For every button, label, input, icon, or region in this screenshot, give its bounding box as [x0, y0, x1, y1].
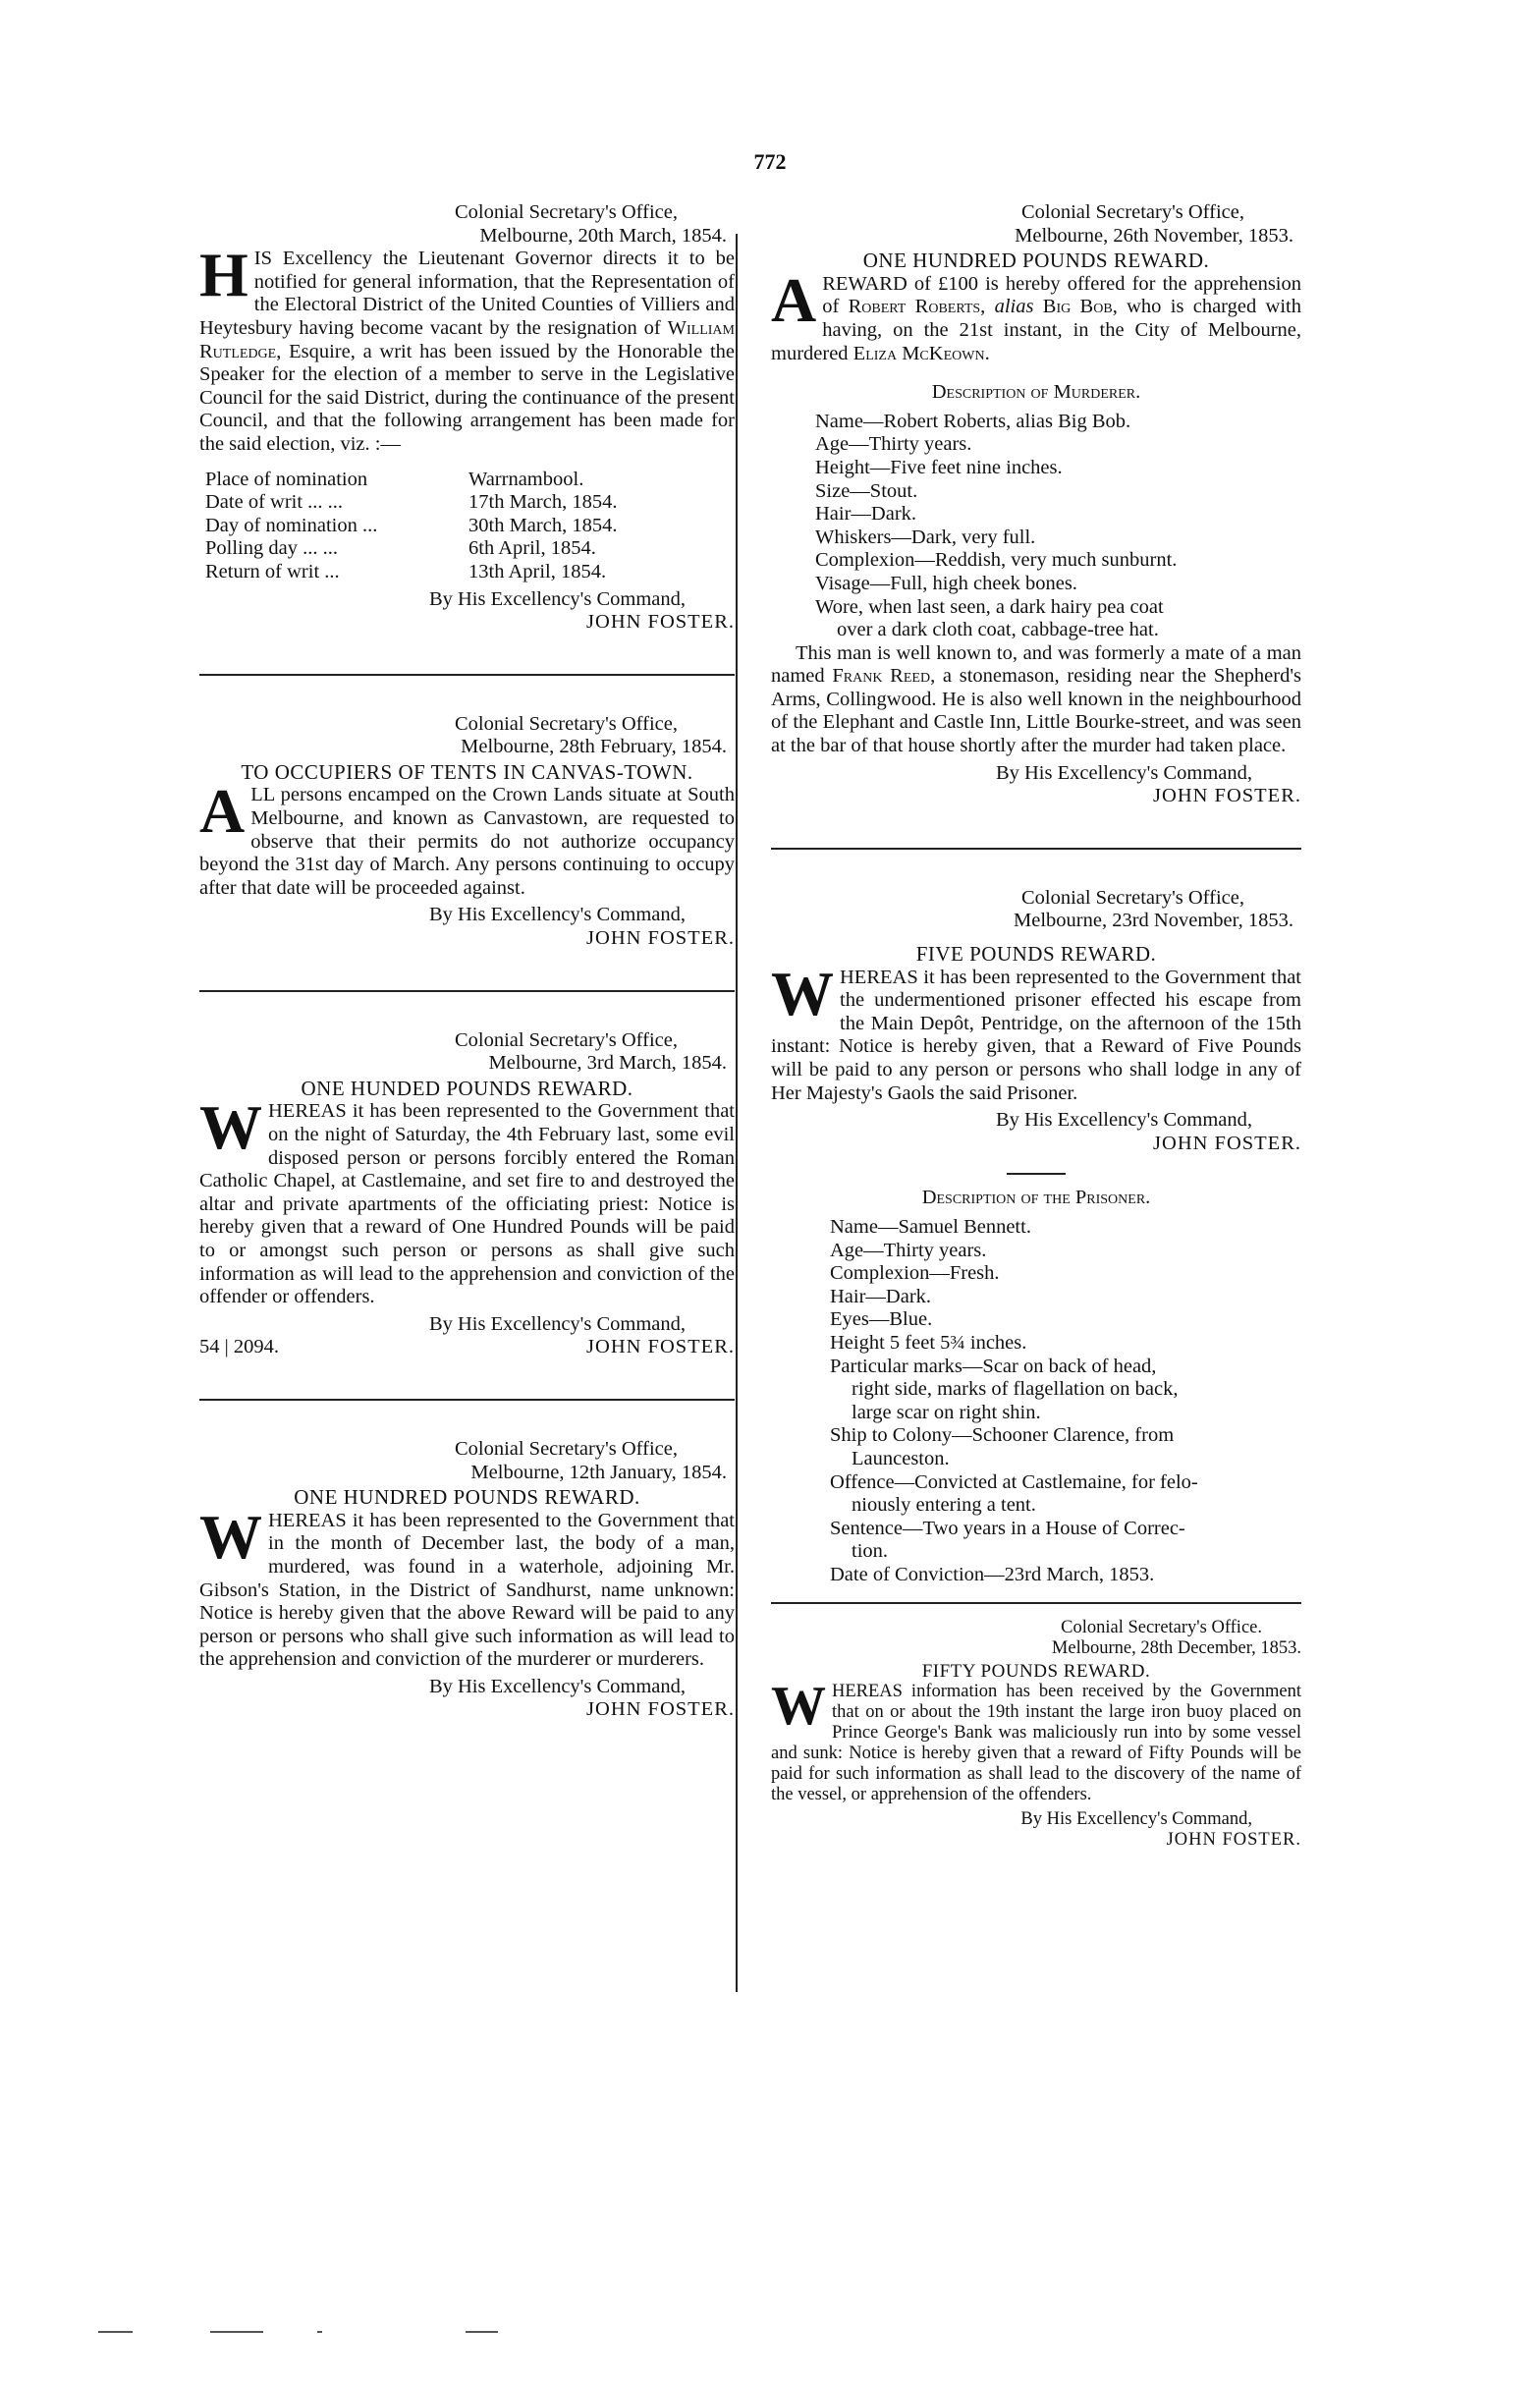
- schedule-row: Place of nominationWarrnambool.: [199, 469, 617, 492]
- description-item: Size—Stout.: [815, 480, 1301, 504]
- description-item: over a dark cloth coat, cabbage-tree hat…: [815, 619, 1301, 642]
- office-line: Colonial Secretary's Office,: [771, 887, 1301, 911]
- description-item: tion.: [830, 1540, 1301, 1564]
- alias-name: Big Bob: [1043, 296, 1113, 317]
- notice-date: Melbourne, 20th March, 1854.: [199, 225, 735, 249]
- section-rule: [199, 990, 735, 992]
- description-item: Age—Thirty years.: [830, 1240, 1301, 1263]
- notice-heading: ONE HUNDRED POUNDS REWARD.: [199, 1486, 735, 1510]
- description-item: right side, marks of flagellation on bac…: [830, 1378, 1301, 1402]
- schedule-row: Polling day ... ...6th April, 1854.: [199, 537, 617, 561]
- description-item: Height—Five feet nine inches.: [815, 457, 1301, 480]
- notice-date: Melbourne, 23rd November, 1853.: [771, 910, 1301, 933]
- office-line: Colonial Secretary's Office,: [199, 1029, 735, 1053]
- person-name: Robert Roberts: [849, 296, 981, 317]
- notice-body: WHEREAS it has been represented to the G…: [199, 1100, 735, 1308]
- description-title: Description of Murderer.: [771, 381, 1301, 405]
- dropcap: W: [199, 1103, 262, 1152]
- description-item: Whiskers—Dark, very full.: [815, 526, 1301, 550]
- office-line: Colonial Secretary's Office,: [199, 201, 735, 225]
- scan-mark: [317, 2331, 322, 2333]
- description-item: Visage—Full, high cheek bones.: [815, 573, 1301, 596]
- notice-body: HIS Excellency the Lieutenant Governor d…: [199, 248, 735, 456]
- description-title: Description of the Prisoner.: [771, 1187, 1301, 1210]
- dropcap: W: [771, 969, 834, 1019]
- notice-date: Melbourne, 28th December, 1853.: [771, 1638, 1301, 1659]
- notice-buoy-reward: Colonial Secretary's Office. Melbourne, …: [771, 1618, 1301, 1851]
- notice-sandhurst-reward: Colonial Secretary's Office, Melbourne, …: [199, 1438, 735, 1722]
- description-item: Name—Samuel Bennett.: [830, 1216, 1301, 1240]
- office-line: Colonial Secretary's Office,: [771, 201, 1301, 225]
- dropcap: W: [771, 1685, 826, 1728]
- section-rule: [199, 674, 735, 676]
- scan-edge-marks: [0, 2331, 1540, 2335]
- election-schedule: Place of nominationWarrnambool. Date of …: [199, 469, 617, 584]
- signature: JOHN FOSTER.: [199, 1698, 735, 1722]
- description-item: Ship to Colony—Schooner Clarence, from: [830, 1424, 1301, 1448]
- description-item: Sentence—Two years in a House of Correc-: [830, 1518, 1301, 1541]
- reference-row: 54 | 2094. JOHN FOSTER.: [199, 1336, 735, 1359]
- command-line: By His Excellency's Command,: [199, 904, 735, 927]
- scan-mark: [210, 2331, 263, 2333]
- dropcap: H: [199, 250, 248, 300]
- left-column: Colonial Secretary's Office, Melbourne, …: [199, 201, 735, 1722]
- dropcap: W: [199, 1513, 262, 1562]
- description-item: Particular marks—Scar on back of head,: [830, 1356, 1301, 1379]
- signature: JOHN FOSTER.: [771, 1830, 1301, 1851]
- description-item: Complexion—Fresh.: [830, 1262, 1301, 1286]
- notice-body-continued: This man is well known to, and was forme…: [771, 642, 1301, 758]
- section-rule: [771, 848, 1301, 850]
- signature: JOHN FOSTER.: [199, 611, 735, 635]
- schedule-row: Day of nomination ...30th March, 1854.: [199, 515, 617, 538]
- signature: JOHN FOSTER.: [771, 785, 1301, 808]
- command-line: By His Excellency's Command,: [771, 1809, 1301, 1830]
- notice-date: Melbourne, 28th February, 1854.: [199, 736, 735, 759]
- notice-castlemaine-reward: Colonial Secretary's Office, Melbourne, …: [199, 1029, 735, 1359]
- notice-heading: FIFTY POUNDS REWARD.: [771, 1661, 1301, 1682]
- description-list: Name—Samuel Bennett. Age—Thirty years. C…: [771, 1216, 1301, 1587]
- command-line: By His Excellency's Command,: [771, 762, 1301, 786]
- description-item: niously entering a tent.: [830, 1494, 1301, 1518]
- notice-date: Melbourne, 26th November, 1853.: [771, 225, 1301, 249]
- description-item: Eyes—Blue.: [830, 1308, 1301, 1332]
- description-item: Date of Conviction—23rd March, 1853.: [830, 1564, 1301, 1587]
- office-line: Colonial Secretary's Office,: [199, 713, 735, 737]
- description-item: Launceston.: [830, 1448, 1301, 1471]
- notice-date: Melbourne, 12th January, 1854.: [199, 1462, 735, 1485]
- signature: JOHN FOSTER.: [771, 1133, 1301, 1156]
- notice-heading: ONE HUNDED POUNDS REWARD.: [199, 1078, 735, 1101]
- notice-electoral-writ: Colonial Secretary's Office, Melbourne, …: [199, 201, 735, 635]
- notice-escaped-prisoner-reward: Colonial Secretary's Office, Melbourne, …: [771, 887, 1301, 1587]
- notice-body: WHEREAS information has been received by…: [771, 1682, 1301, 1805]
- notice-body: ALL persons encamped on the Crown Lands …: [199, 784, 735, 900]
- section-rule: [199, 1399, 735, 1401]
- command-line: By His Excellency's Command,: [199, 1676, 735, 1699]
- victim-name: Eliza McKeown: [853, 343, 985, 364]
- notice-heading: ONE HUNDRED POUNDS REWARD.: [771, 249, 1301, 273]
- section-rule: [771, 1602, 1301, 1604]
- signature: JOHN FOSTER.: [586, 1336, 735, 1359]
- notice-body: WHEREAS it has been represented to the G…: [771, 967, 1301, 1106]
- command-line: By His Excellency's Command,: [199, 1313, 735, 1337]
- description-item: Hair—Dark.: [830, 1286, 1301, 1309]
- dropcap: A: [771, 276, 816, 325]
- schedule-row: Date of writ ... ...17th March, 1854.: [199, 491, 617, 515]
- reference-number: 54 | 2094.: [199, 1336, 279, 1359]
- command-line: By His Excellency's Command,: [199, 588, 735, 612]
- notice-body: WHEREAS it has been represented to the G…: [199, 1510, 735, 1672]
- description-item: Hair—Dark.: [815, 503, 1301, 526]
- associate-name: Frank Reed: [832, 665, 930, 687]
- column-divider: [736, 234, 738, 1992]
- office-line: Colonial Secretary's Office,: [199, 1438, 735, 1462]
- description-item: Offence—Convicted at Castlemaine, for fe…: [830, 1471, 1301, 1495]
- notice-date: Melbourne, 3rd March, 1854.: [199, 1052, 735, 1076]
- description-item: Height 5 feet 5¾ inches.: [830, 1332, 1301, 1356]
- schedule-row: Return of writ ...13th April, 1854.: [199, 561, 617, 584]
- signature: JOHN FOSTER.: [199, 927, 735, 951]
- scan-mark: [98, 2331, 133, 2333]
- description-item: large scar on right shin.: [830, 1402, 1301, 1425]
- page-number: 772: [0, 149, 1540, 175]
- description-item: Age—Thirty years.: [815, 433, 1301, 457]
- description-item: Name—Robert Roberts, alias Big Bob.: [815, 411, 1301, 434]
- description-item: Complexion—Reddish, very much sunburnt.: [815, 549, 1301, 573]
- command-line: By His Excellency's Command,: [771, 1109, 1301, 1133]
- description-item: Wore, when last seen, a dark hairy pea c…: [815, 596, 1301, 620]
- scan-mark: [466, 2331, 498, 2333]
- short-rule: [1007, 1173, 1066, 1175]
- right-column: Colonial Secretary's Office, Melbourne, …: [771, 201, 1301, 1851]
- notice-heading: TO OCCUPIERS OF TENTS IN CANVAS-TOWN.: [199, 761, 735, 785]
- notice-body: A REWARD of £100 is hereby offered for t…: [771, 273, 1301, 365]
- notice-robert-roberts-reward: Colonial Secretary's Office, Melbourne, …: [771, 201, 1301, 808]
- notice-heading: FIVE POUNDS REWARD.: [771, 943, 1301, 967]
- dropcap: A: [199, 787, 245, 836]
- office-line: Colonial Secretary's Office.: [771, 1618, 1301, 1638]
- description-list: Name—Robert Roberts, alias Big Bob. Age—…: [771, 411, 1301, 642]
- notice-canvastown: Colonial Secretary's Office, Melbourne, …: [199, 713, 735, 951]
